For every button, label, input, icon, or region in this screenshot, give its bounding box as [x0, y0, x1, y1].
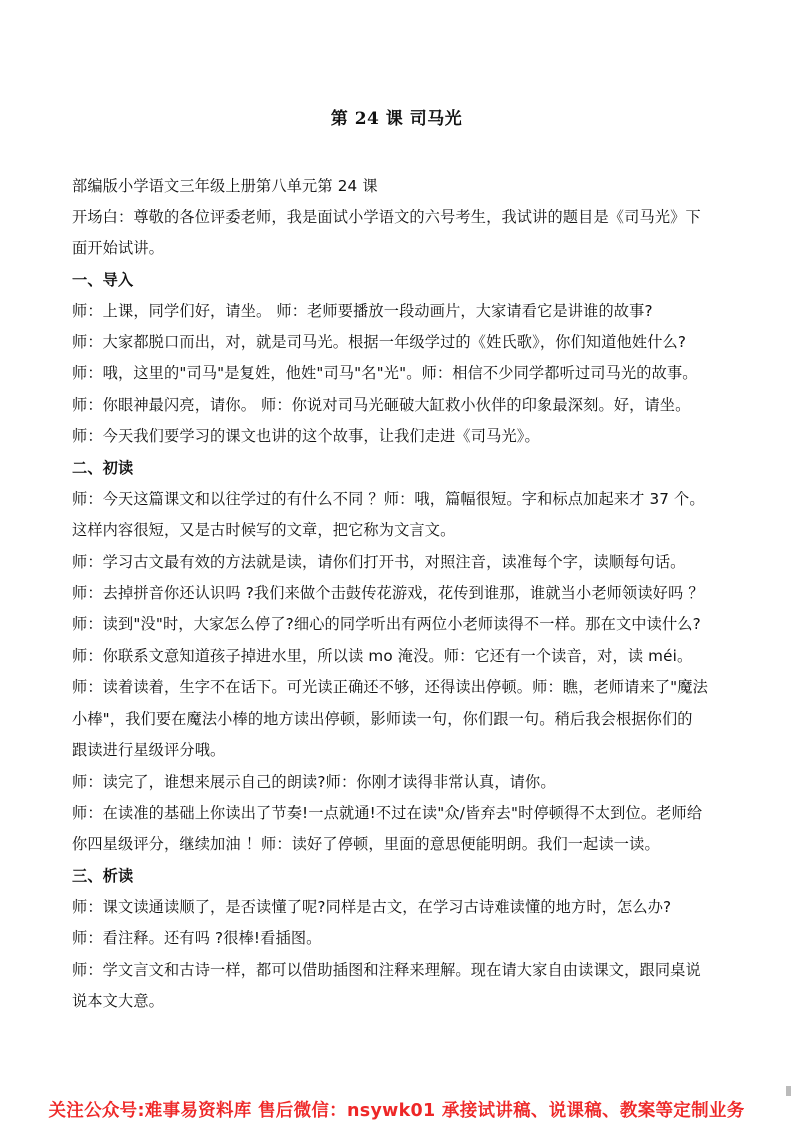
paragraph-line: 师：看注释。还有吗 ?很棒!看插图。 [72, 928, 732, 948]
paragraph-line: 师：去掉拼音你还认识吗 ?我们来做个击鼓传花游戏，花传到谁那，谁就当小老师领读好… [72, 583, 732, 603]
paragraph-line: 师：读完了，谁想来展示自己的朗读?师：你刚才读得非常认真，请你。 [72, 772, 732, 792]
paragraph-line: 师：大家都脱口而出，对，就是司马光。根据一年级学过的《姓氏歌》，你们知道他姓什么… [72, 332, 732, 352]
paragraph-line: 开场白：尊敬的各位评委老师，我是面试小学语文的六号考生，我试讲的题目是《司马光》… [72, 207, 732, 227]
page-edge-mark [786, 1086, 791, 1096]
paragraph-line: 师：今天我们要学习的课文也讲的这个故事，让我们走进《司马光》。 [72, 426, 732, 446]
paragraph-line: 师：学文言文和古诗一样，都可以借助插图和注释来理解。现在请大家自由读课文，跟同桌… [72, 960, 732, 980]
paragraph-line: 师：课文读通读顺了，是否读懂了呢?同样是古文，在学习古诗难读懂的地方时，怎么办? [72, 897, 732, 917]
paragraph-line: 师：读着读着，生字不在话下。可光读正确还不够，还得读出停顿。师：瞧，老师请来了"… [72, 677, 732, 697]
paragraph-line: 你四星级评分，继续加油 ！师：读好了停顿，里面的意思便能明朗。我们一起读一读。 [72, 834, 732, 854]
paragraph-line: 师：哦，这里的"司马"是复姓，他姓"司马"名"光"。师：相信不少同学都听过司马光… [72, 363, 732, 383]
section-heading: 一、导入 [72, 270, 732, 290]
paragraph-line: 师：学习古文最有效的方法就是读，请你们打开书，对照注音，读准每个字，读顺每句话。 [72, 552, 732, 572]
paragraph-line: 师：读到"没"时，大家怎么停了?细心的同学听出有两位小老师读得不一样。那在文中读… [72, 614, 732, 634]
footer-watermark: 关注公众号:难事易资料库 售后微信：nsywk01 承接试讲稿、说课稿、教案等定… [0, 1097, 793, 1122]
paragraph-line: 师：今天这篇课文和以往学过的有什么不同 ？师：哦，篇幅很短。字和标点加起来才 3… [72, 489, 732, 509]
paragraph-line: 这样内容很短，又是古时候写的文章，把它称为文言文。 [72, 520, 732, 540]
section-heading: 二、初读 [72, 458, 732, 478]
paragraph-line: 小棒"，我们要在魔法小棒的地方读出停顿，影师读一句，你们跟一句。稍后我会根据你们… [72, 709, 732, 729]
paragraph-line: 师：上课，同学们好，请坐。 师：老师要播放一段动画片，大家请看它是讲谁的故事? [72, 301, 732, 321]
paragraph-line: 师：你联系文意知道孩子掉进水里，所以读 mo 淹没。师：它还有一个读音，对，读 … [72, 646, 732, 666]
paragraph-line: 说本文大意。 [72, 991, 732, 1011]
document-title: 第 24 课 司马光 [0, 104, 793, 129]
paragraph-line: 师：你眼神最闪亮，请你。 师：你说对司马光砸破大缸救小伙伴的印象最深刻。好，请坐… [72, 395, 732, 415]
paragraph-line: 跟读进行星级评分哦。 [72, 740, 732, 760]
section-heading: 三、析读 [72, 866, 732, 886]
paragraph-line: 面开始试讲。 [72, 238, 732, 258]
paragraph-line: 部编版小学语文三年级上册第八单元第 24 课 [72, 176, 732, 196]
paragraph-line: 师：在读准的基础上你读出了节奏!一点就通!不过在读"众/皆弃去"时停顿得不太到位… [72, 803, 732, 823]
